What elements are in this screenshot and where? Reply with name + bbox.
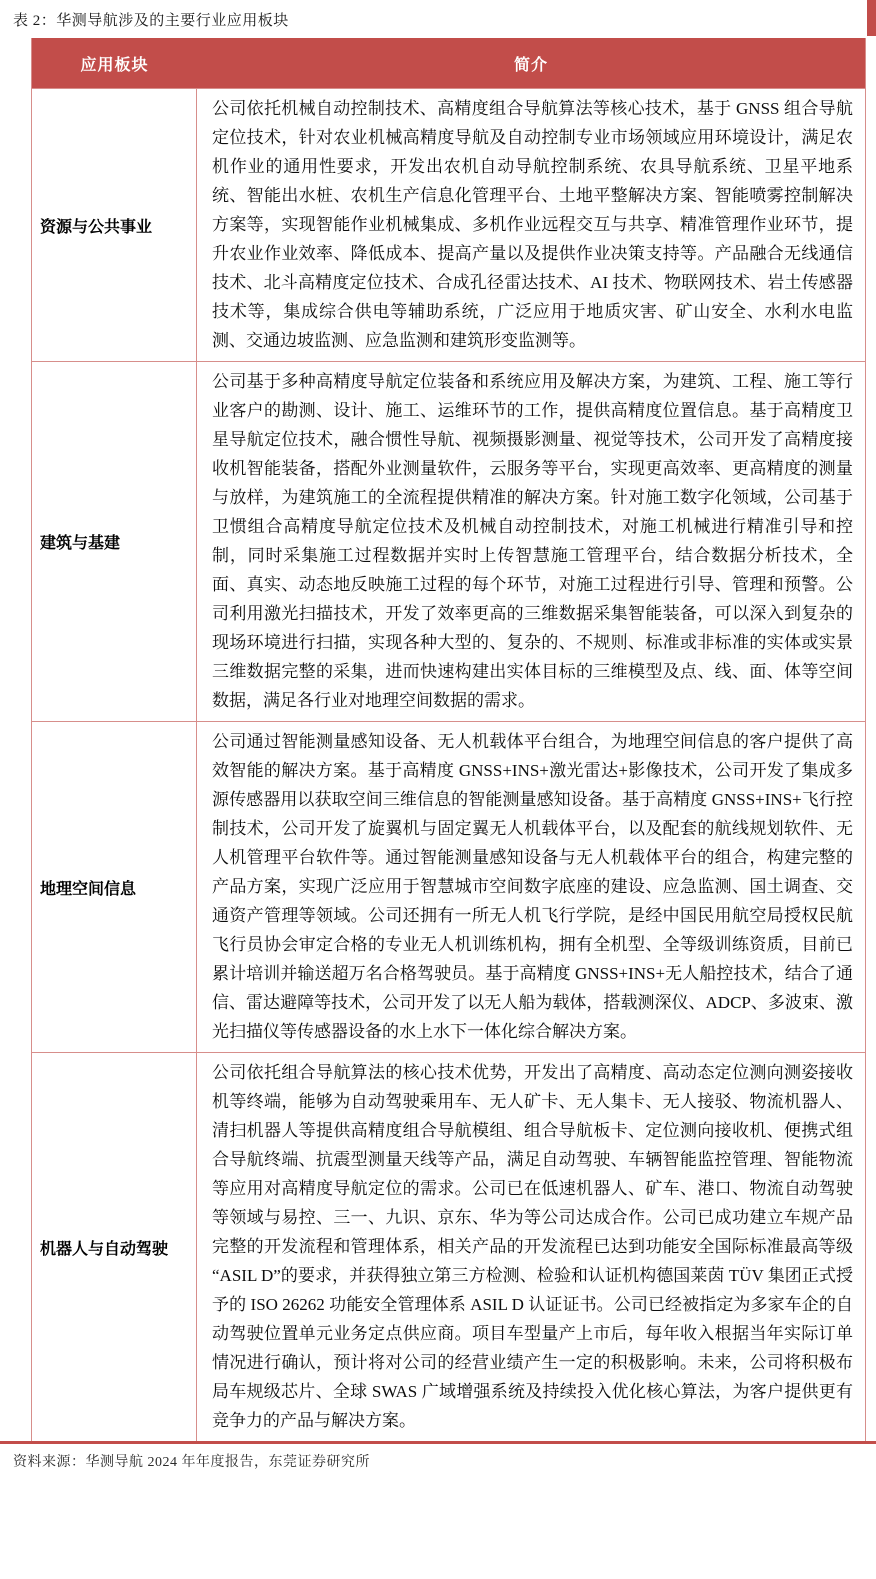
- table-row: 资源与公共事业 公司依托机械自动控制技术、高精度组合导航算法等核心技术，基于 G…: [32, 88, 865, 361]
- sector-description: 公司依托组合导航算法的核心技术优势，开发出了高精度、高动态定位测向测姿接收机等终…: [197, 1053, 865, 1441]
- sector-description: 公司依托机械自动控制技术、高精度组合导航算法等核心技术，基于 GNSS 组合导航…: [197, 89, 865, 361]
- table-row: 机器人与自动驾驶 公司依托组合导航算法的核心技术优势，开发出了高精度、高动态定位…: [32, 1052, 865, 1441]
- table-header-row: 应用板块 简介: [32, 38, 865, 88]
- table-row: 建筑与基建 公司基于多种高精度导航定位装备和系统应用及解决方案，为建筑、工程、施…: [32, 361, 865, 721]
- source-note: 资料来源：华测导航 2024 年年度报告，东莞证券研究所: [13, 1451, 876, 1471]
- sector-label: 地理空间信息: [32, 722, 197, 1052]
- sector-label: 资源与公共事业: [32, 89, 197, 361]
- sector-label: 机器人与自动驾驶: [32, 1053, 197, 1441]
- table-row: 地理空间信息 公司通过智能测量感知设备、无人机载体平台组合，为地理空间信息的客户…: [32, 721, 865, 1052]
- page-edge-red-strip: [867, 0, 876, 36]
- table-title: 表 2：华测导航涉及的主要行业应用板块: [13, 9, 876, 30]
- sector-label: 建筑与基建: [32, 362, 197, 721]
- industry-application-table: 应用板块 简介 资源与公共事业 公司依托机械自动控制技术、高精度组合导航算法等核…: [31, 38, 866, 1441]
- table-bottom-rule: [0, 1441, 876, 1444]
- sector-description: 公司通过智能测量感知设备、无人机载体平台组合，为地理空间信息的客户提供了高效智能…: [197, 722, 865, 1052]
- table-header-sector: 应用板块: [32, 52, 197, 75]
- table-header-description: 简介: [197, 52, 865, 75]
- report-page: 表 2：华测导航涉及的主要行业应用板块 应用板块 简介 资源与公共事业 公司依托…: [0, 0, 876, 1579]
- sector-description: 公司基于多种高精度导航定位装备和系统应用及解决方案，为建筑、工程、施工等行业客户…: [197, 362, 865, 721]
